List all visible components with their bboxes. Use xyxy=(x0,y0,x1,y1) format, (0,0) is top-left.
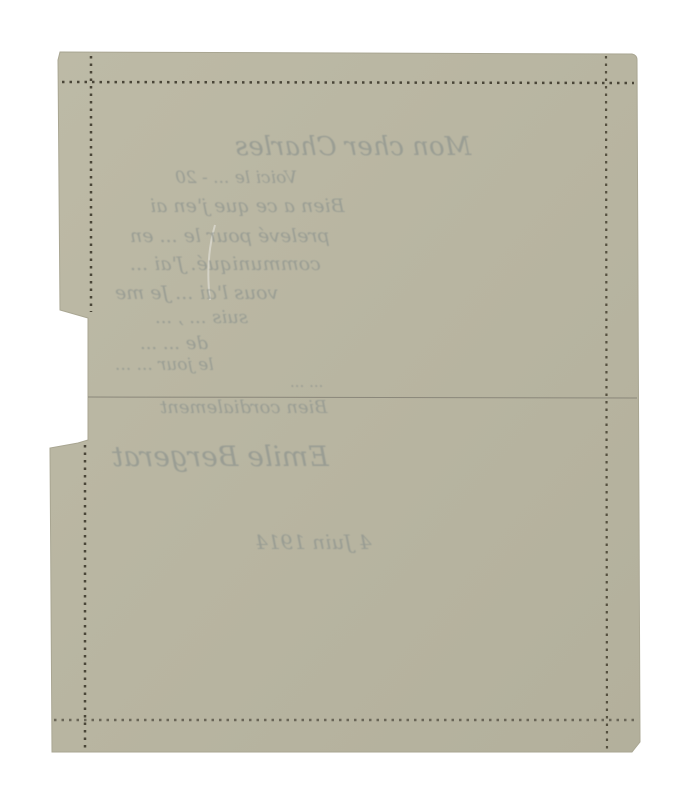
letter-line: vous l'ai ... Je me xyxy=(115,282,278,304)
date: 4 Juin 1914 xyxy=(255,530,372,554)
letter-line: de ... ... xyxy=(140,333,208,354)
letter-card-shape xyxy=(0,0,700,800)
letter-line: suis ... , ... xyxy=(155,307,248,328)
letter-line: le jour ... ... xyxy=(115,355,214,375)
letter-line: communiqué. J'ai ... xyxy=(130,253,321,275)
signature: Emile Bergerat xyxy=(112,440,329,473)
closing: Bien cordialement xyxy=(160,397,327,418)
salutation: Mon cher Charles xyxy=(235,132,471,162)
letter-line: Voici le ... - 20 xyxy=(175,168,297,188)
letter-card-photo: Mon cher Charles Voici le ... - 20 Bien … xyxy=(0,0,700,800)
letter-line: prelevé pour le ... en xyxy=(130,225,330,247)
letter-line: ... ... xyxy=(290,373,323,391)
letter-line: Bien a ce que j'en ai xyxy=(150,195,345,217)
